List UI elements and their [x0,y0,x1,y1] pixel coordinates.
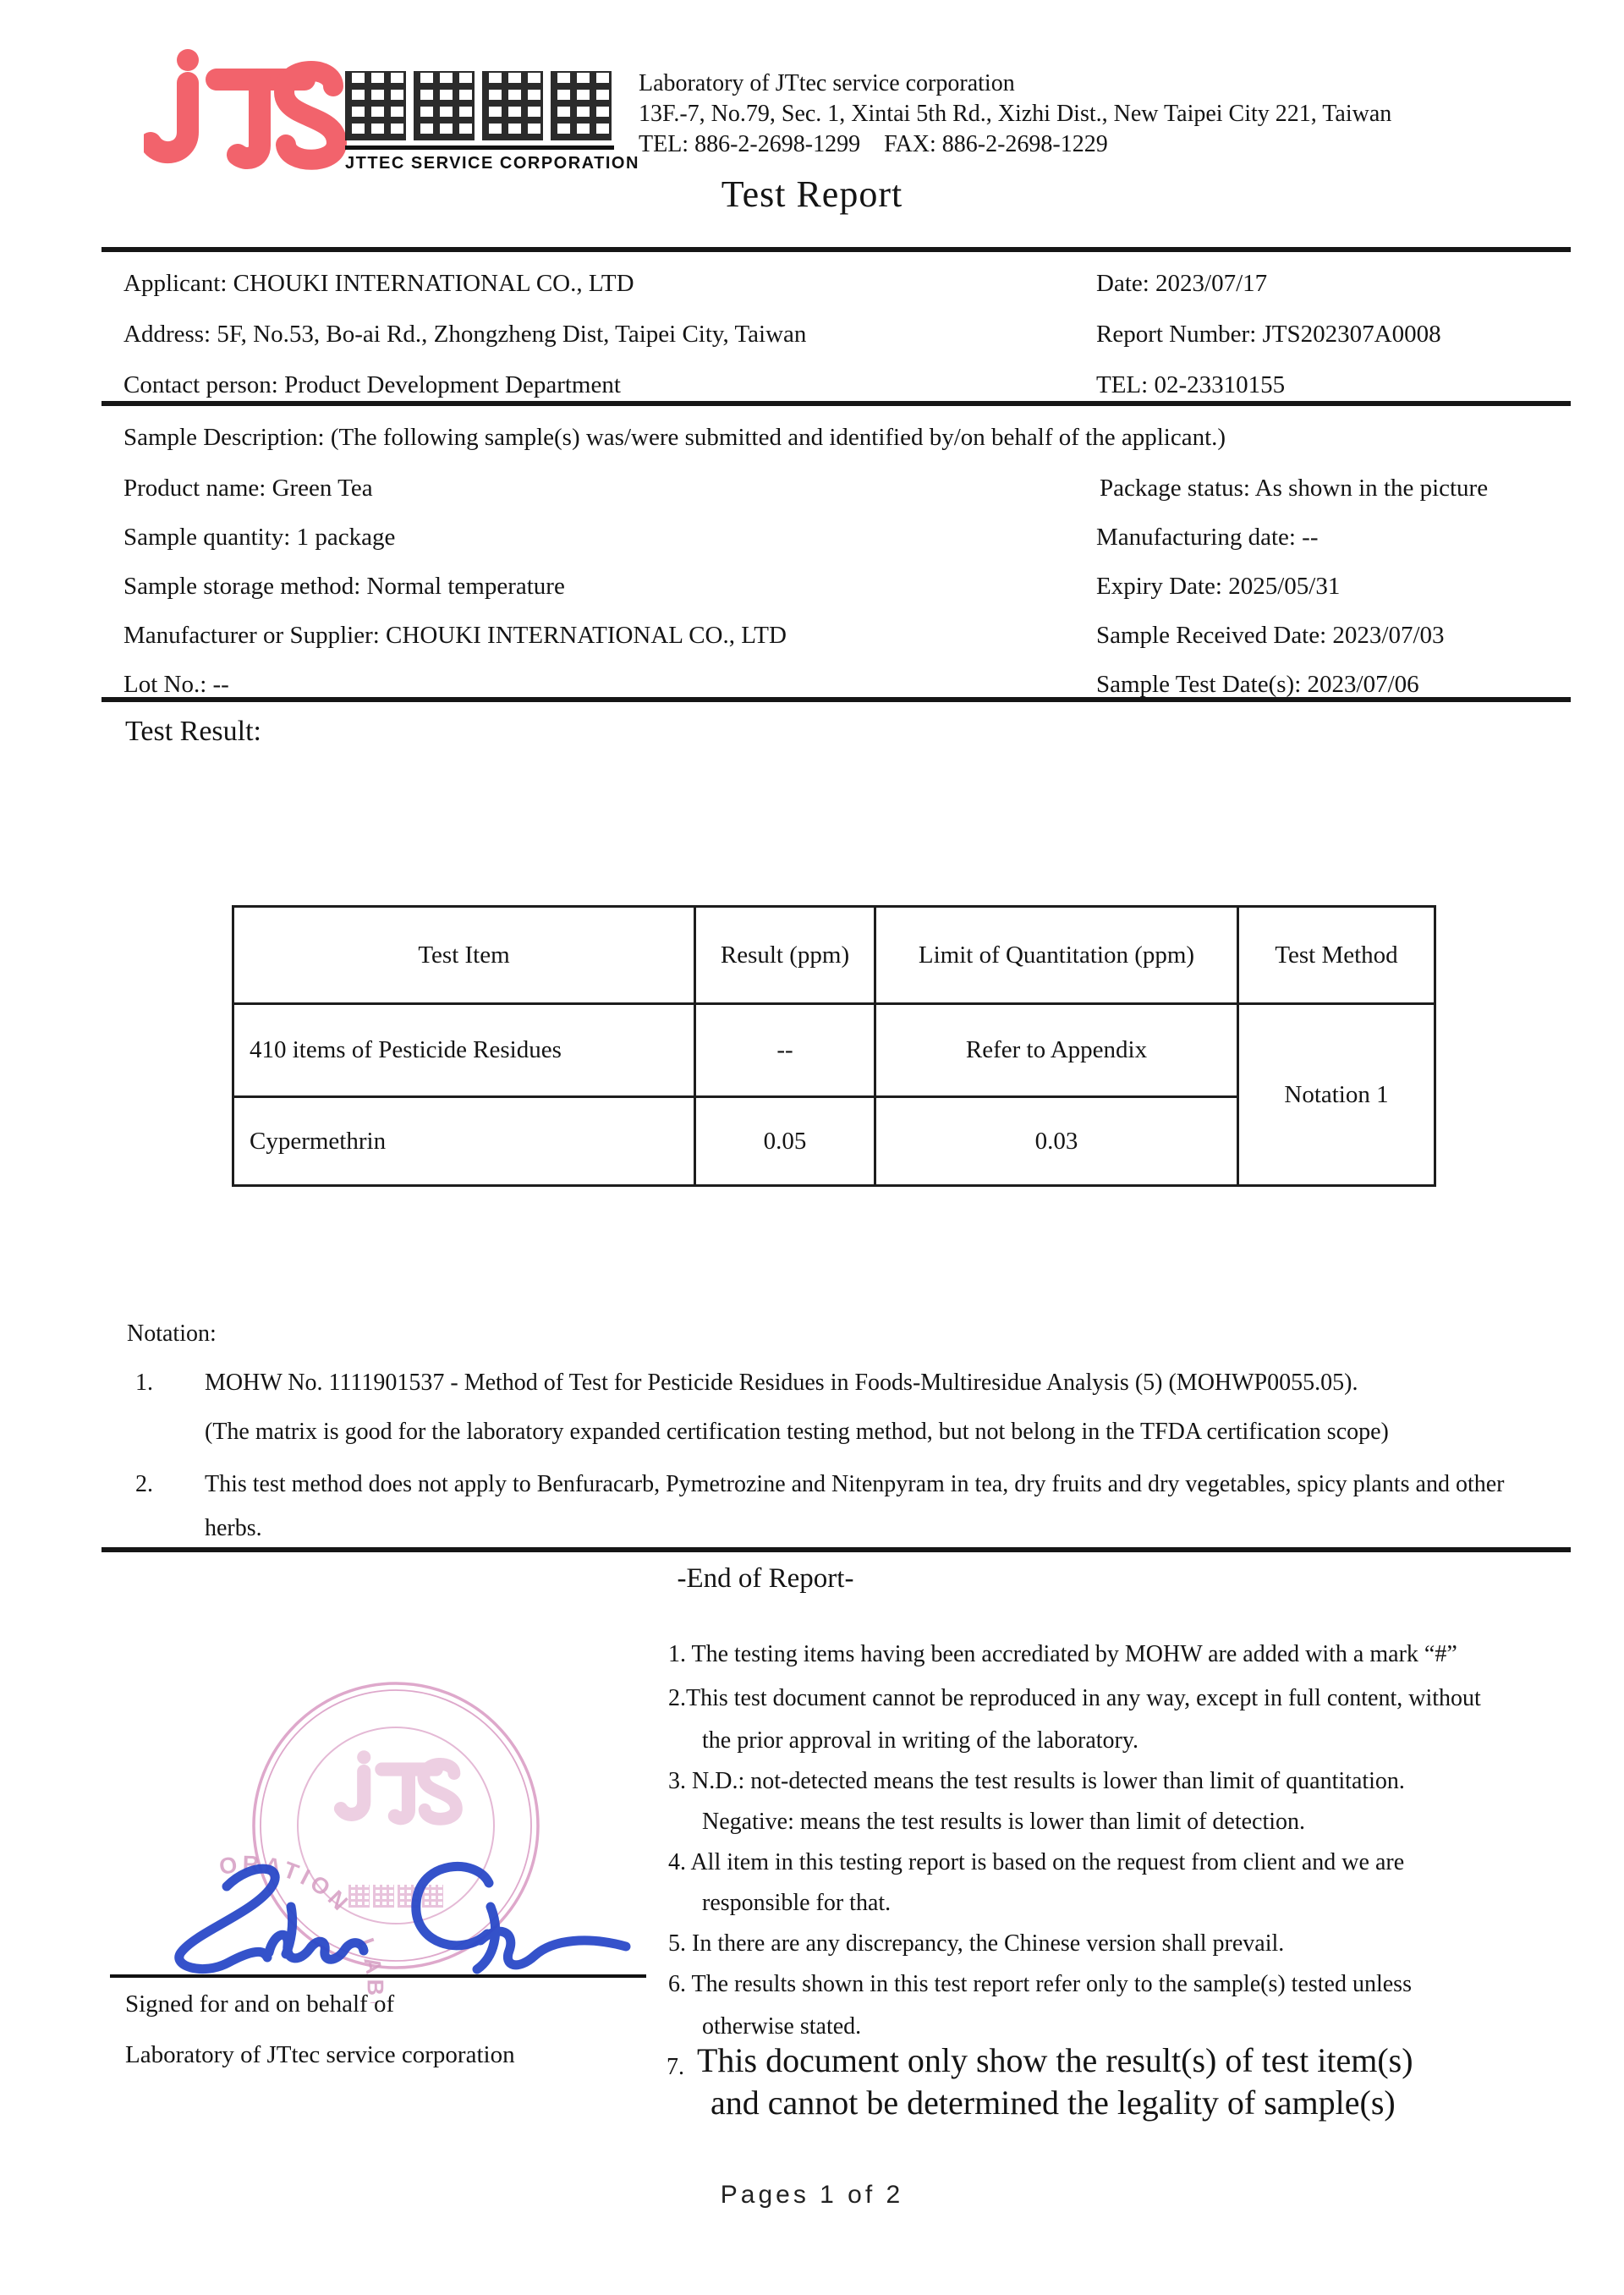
report-number-line: Report Number: JTS202307A0008 [1096,320,1441,349]
jts-logo-j [151,83,188,152]
sample-test-date: Sample Test Date(s): 2023/07/06 [1096,670,1419,700]
contact-line: Contact person: Product Development Depa… [123,371,621,400]
lab-name: Laboratory of JTtec service corporation [639,69,1015,98]
signature-rule [110,1974,646,1978]
cell-test-item: 410 items of Pesticide Residues [233,1004,695,1097]
notation-text: herbs. [205,1514,262,1543]
rule-after-applicant [101,401,1571,406]
lot-no: Lot No.: -- [123,670,229,700]
footnote-line: Negative: means the test results is lowe… [702,1809,1305,1836]
footnote-line: 5. In there are any discrepancy, the Chi… [668,1930,1284,1957]
col-header-test-item: Test Item [233,907,695,1004]
applicant-line: Applicant: CHOUKI INTERNATIONAL CO., LTD [123,269,634,299]
footnote-line: 2.This test document cannot be reproduce… [668,1685,1481,1712]
logo-chinese-char [414,71,475,140]
sample-quantity: Sample quantity: 1 package [123,523,395,552]
notation-num: 2. [135,1470,153,1499]
footnote-line-large: This document only show the result(s) of… [697,2040,1413,2080]
jts-logo-t-stem [238,80,260,158]
footnote-line: responsible for that. [702,1890,891,1917]
cell-result: -- [695,1004,875,1097]
footnote-number: 7. [667,2054,684,2081]
notation-num: 1. [135,1369,153,1397]
handwritten-signature [125,1854,650,1994]
jts-logo [144,47,347,174]
footnote-line: the prior approval in writing of the lab… [702,1727,1138,1754]
logo-chinese-char [482,71,543,140]
signed-for-line: Signed for and on behalf of [125,1990,394,2019]
result-table: Test Item Result (ppm) Limit of Quantita… [232,905,1436,1187]
cell-test-item: Cypermethrin [233,1097,695,1186]
page-indicator: Pages 1 of 2 [0,2181,1624,2210]
logo-subtitle: JTTEC SERVICE CORPORATION [345,154,639,173]
lab-address: 13F.-7, No.79, Sec. 1, Xintai 5th Rd., X… [639,100,1391,129]
manufacturer: Manufacturer or Supplier: CHOUKI INTERNA… [123,621,787,651]
table-row: 410 items of Pesticide Residues -- Refer… [233,1004,1435,1097]
stamp-jts-mark [341,1750,456,1819]
col-header-limit: Limit of Quantitation (ppm) [875,907,1238,1004]
rule-after-notation [101,1547,1571,1552]
package-status: Package status: As shown in the picture [1100,474,1488,503]
cell-limit: Refer to Appendix [875,1004,1238,1097]
jts-logo-j-dot [177,49,199,71]
sample-received-date: Sample Received Date: 2023/07/03 [1096,621,1445,651]
col-header-result: Result (ppm) [695,907,875,1004]
sample-storage: Sample storage method: Normal temperatur… [123,572,565,601]
notation-text: This test method does not apply to Benfu… [205,1470,1505,1499]
product-name: Product name: Green Tea [123,474,373,503]
notation-text: MOHW No. 1111901537 - Method of Test for… [205,1369,1358,1397]
footnote-line: 4. All item in this testing report is ba… [668,1849,1404,1876]
signed-lab-line: Laboratory of JTtec service corporation [125,2040,515,2070]
footnote-line-large: and cannot be determined the legality of… [710,2083,1396,2122]
report-title: Test Report [0,173,1624,216]
date-line: Date: 2023/07/17 [1096,269,1267,299]
sample-description: Sample Description: (The following sampl… [123,423,1226,453]
notation-heading: Notation: [127,1320,217,1348]
expiry-date: Expiry Date: 2025/05/31 [1096,572,1340,601]
logo-chinese-char [551,71,612,140]
footnote-line: 3. N.D.: not-detected means the test res… [668,1768,1405,1795]
manufacturing-date: Manufacturing date: -- [1096,523,1319,552]
footnote-line: 6. The results shown in this test report… [668,1971,1412,1998]
cell-result: 0.05 [695,1097,875,1186]
logo-chinese-char [345,71,406,140]
lab-tel-fax: TEL: 886-2-2698-1299 FAX: 886-2-2698-122… [639,130,1108,159]
col-header-method: Test Method [1238,907,1435,1004]
logo-underline [345,145,614,150]
test-result-heading: Test Result: [125,716,261,748]
notation-text: (The matrix is good for the laboratory e… [205,1418,1389,1447]
cell-test-method: Notation 1 [1238,1004,1435,1186]
test-report-page: JTTEC SERVICE CORPORATION Laboratory of … [0,0,1624,2295]
footnote-line: otherwise stated. [702,2013,861,2040]
tel-line: TEL: 02-23310155 [1096,371,1285,400]
end-of-report: -End of Report- [0,1563,1531,1595]
rule-top [101,247,1571,252]
logo-chinese-text [345,71,619,145]
cell-limit: 0.03 [875,1097,1238,1186]
footnote-line: 1. The testing items having been accredi… [668,1641,1457,1668]
address-line: Address: 5F, No.53, Bo-ai Rd., Zhongzhen… [123,320,806,349]
